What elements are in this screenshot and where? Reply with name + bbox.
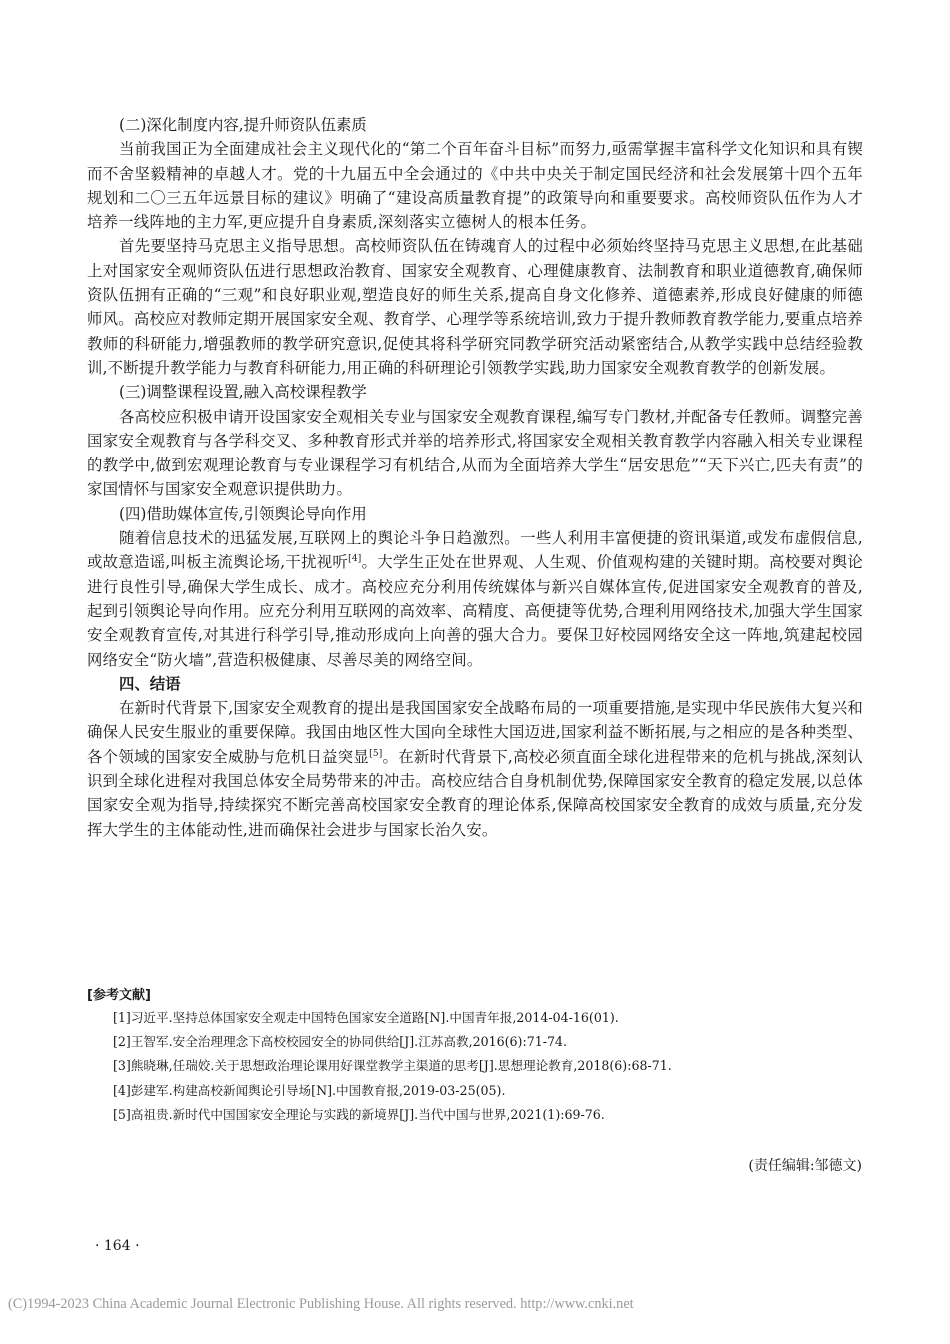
section-heading-conclusion: 四、结语 [87,672,863,696]
subsection-heading-2: (二)深化制度内容,提升师资队伍素质 [87,113,863,137]
paragraph: 首先要坚持马克思主义指导思想。高校师资队伍在铸魂育人的过程中必须始终坚持马克思主… [87,234,863,380]
paragraph: 随着信息技术的迅猛发展,互联网上的舆论斗争日趋激烈。一些人利用丰富便捷的资讯渠道… [87,526,863,672]
citation-5[interactable]: [5] [369,749,382,759]
reference-item: [4]彭建军.构建高校新闻舆论引导场[N].中国教育报,2019-03-25(0… [113,1079,873,1103]
editor-note: (责任编辑:邹德文) [748,1155,862,1175]
references-list: [1]习近平.坚持总体国家安全观走中国特色国家安全道路[N].中国青年报,201… [113,1006,873,1127]
article-body: (二)深化制度内容,提升师资队伍素质 当前我国正为全面建成社会主义现代化的“第二… [87,113,863,842]
copyright-footer: (C)1994-2023 China Academic Journal Elec… [8,1296,634,1313]
reference-item: [2]王智军.安全治理理念下高校校园安全的协同供给[J].江苏高教,2016(6… [113,1030,873,1054]
subsection-heading-4: (四)借助媒体宣传,引领舆论导向作用 [87,502,863,526]
paragraph: 各高校应积极申请开设国家安全观相关专业与国家安全观教育课程,编写专门教材,并配备… [87,405,863,502]
paragraph: 当前我国正为全面建成社会主义现代化的“第二个百年奋斗目标”而努力,亟需掌握丰富科… [87,137,863,234]
page-number: · 164 · [95,1238,140,1254]
references-title: [参考文献] [87,984,151,1003]
reference-item: [3]熊晓琳,任瑞姣.关于思想政治理论课用好课堂教学主渠道的思考[J].思想理论… [113,1054,873,1078]
paragraph: 在新时代背景下,国家安全观教育的提出是我国国家安全战略布局的一项重要措施,是实现… [87,696,863,842]
subsection-heading-3: (三)调整课程设置,融入高校课程教学 [87,380,863,404]
reference-item: [1]习近平.坚持总体国家安全观走中国特色国家安全道路[N].中国青年报,201… [113,1006,873,1030]
reference-item: [5]高祖贵.新时代中国国家安全理论与实践的新境界[J].当代中国与世界,202… [113,1103,873,1127]
citation-4[interactable]: [4] [348,554,361,564]
